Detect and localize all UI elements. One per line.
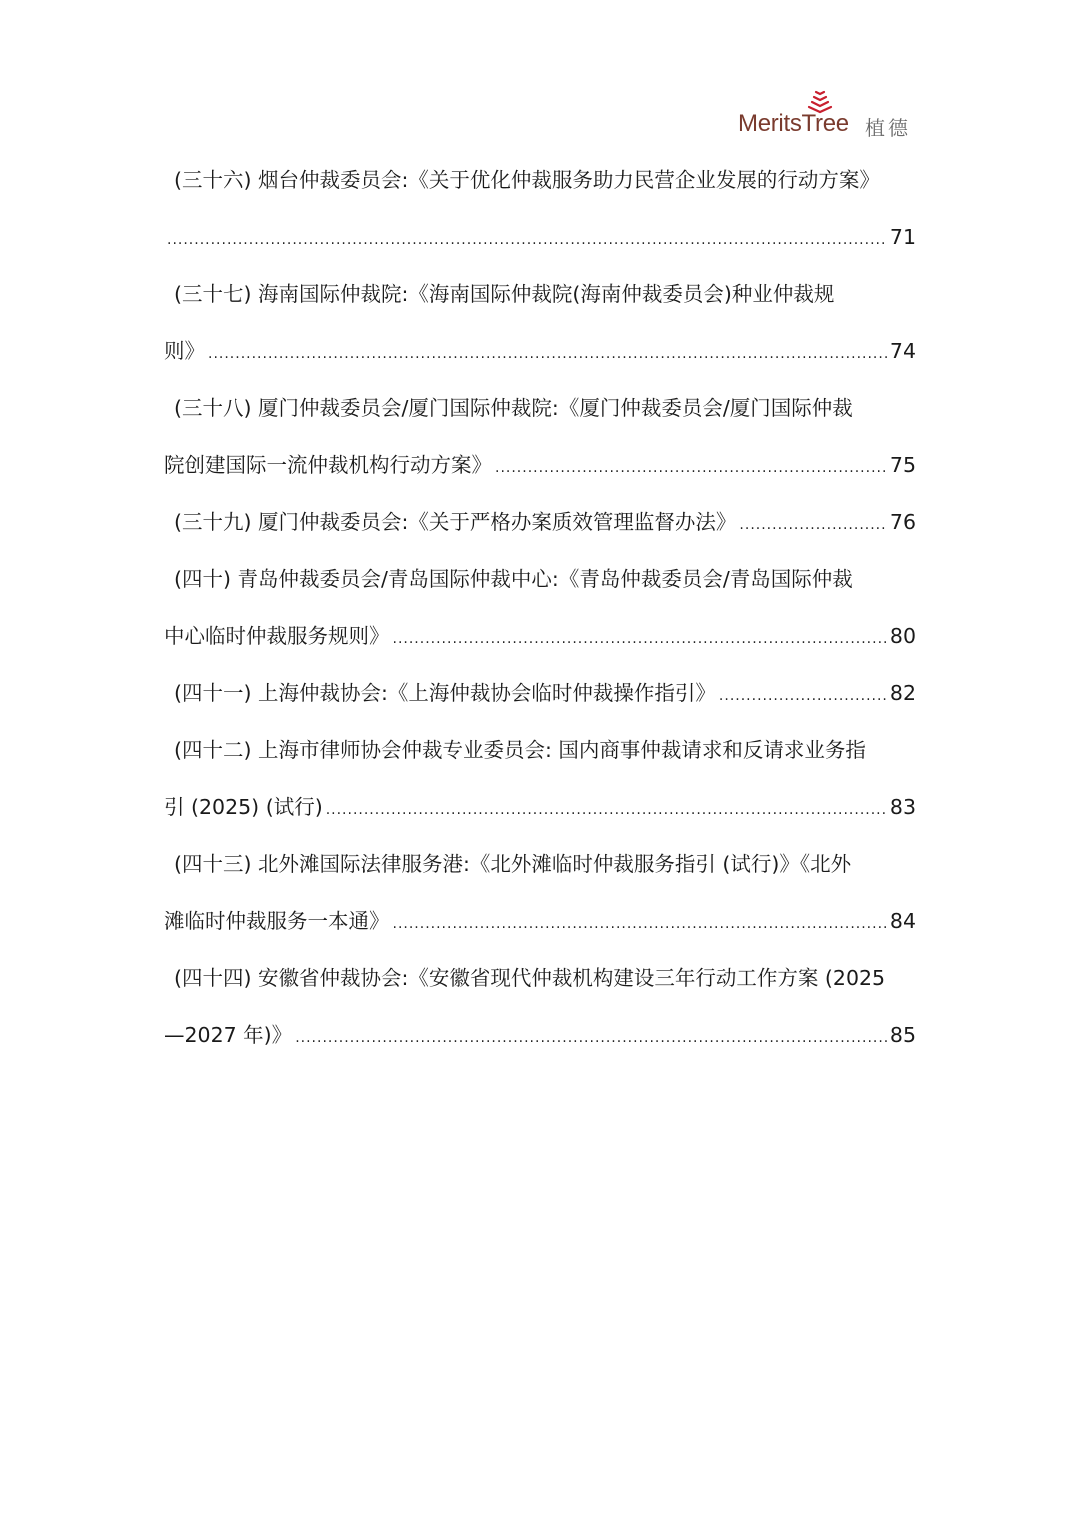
dot-leader: [393, 896, 887, 953]
toc-entry-title[interactable]: (四十二) 上海市律师协会仲裁专业委员会: 国内商事仲裁请求和反请求业务指: [164, 722, 916, 779]
toc-entry[interactable]: (四十一) 上海仲裁协会:《上海仲裁协会临时仲裁操作指引》 82: [164, 665, 916, 722]
dot-leader: [719, 668, 887, 725]
page-number: 74: [890, 323, 916, 380]
dot-leader: [295, 1010, 887, 1067]
toc-entry-title[interactable]: (四十四) 安徽省仲裁协会:《安徽省现代仲裁机构建设三年行动工作方案 (2025: [164, 950, 916, 1007]
meritstree-logo: MeritsTree 植德: [738, 90, 913, 140]
page-number: 71: [890, 209, 916, 266]
toc-entry-leader[interactable]: 71: [164, 209, 916, 266]
logo-text: MeritsTree: [738, 110, 849, 138]
toc-entry-title[interactable]: (四十) 青岛仲裁委员会/青岛国际仲裁中心:《青岛仲裁委员会/青岛国际仲裁: [164, 551, 916, 608]
toc-entry-leader[interactable]: 则》 74: [164, 323, 916, 380]
dot-leader: [495, 440, 887, 497]
toc-entry-leader[interactable]: 引 (2025) (试行) 83: [164, 779, 916, 836]
toc-entry-leader[interactable]: 院创建国际一流仲裁机构行动方案》 75: [164, 437, 916, 494]
page-number: 76: [890, 494, 916, 551]
dot-leader: [167, 212, 887, 269]
toc-entry-title[interactable]: (三十七) 海南国际仲裁院:《海南国际仲裁院(海南仲裁委员会)种业仲裁规: [164, 266, 916, 323]
logo-chinese-text: 植德: [865, 112, 911, 141]
toc-entry-leader[interactable]: 滩临时仲裁服务一本通》 84: [164, 893, 916, 950]
toc-entry-title[interactable]: (三十八) 厦门仲裁委员会/厦门国际仲裁院:《厦门仲裁委员会/厦门国际仲裁: [164, 380, 916, 437]
page-number: 84: [890, 893, 916, 950]
toc-entry-title[interactable]: (三十六) 烟台仲裁委员会:《关于优化仲裁服务助力民营企业发展的行动方案》: [164, 152, 916, 209]
toc-entry-leader[interactable]: —2027 年)》 85: [164, 1007, 916, 1064]
page-number: 85: [890, 1007, 916, 1064]
dot-leader: [326, 782, 887, 839]
dot-leader: [739, 497, 886, 554]
page-number: 75: [890, 437, 916, 494]
toc-entry-title[interactable]: (四十三) 北外滩国际法律服务港:《北外滩临时仲裁服务指引 (试行)》《北外: [164, 836, 916, 893]
toc-entry[interactable]: (三十九) 厦门仲裁委员会:《关于严格办案质效管理监督办法》 76: [164, 494, 916, 551]
page-number: 82: [890, 665, 916, 722]
page-number: 83: [890, 779, 916, 836]
page-number: 80: [890, 608, 916, 665]
dot-leader: [208, 326, 887, 383]
dot-leader: [393, 611, 887, 668]
toc-entry-leader[interactable]: 中心临时仲裁服务规则》 80: [164, 608, 916, 665]
table-of-contents: (三十六) 烟台仲裁委员会:《关于优化仲裁服务助力民营企业发展的行动方案》 71…: [164, 152, 916, 1064]
